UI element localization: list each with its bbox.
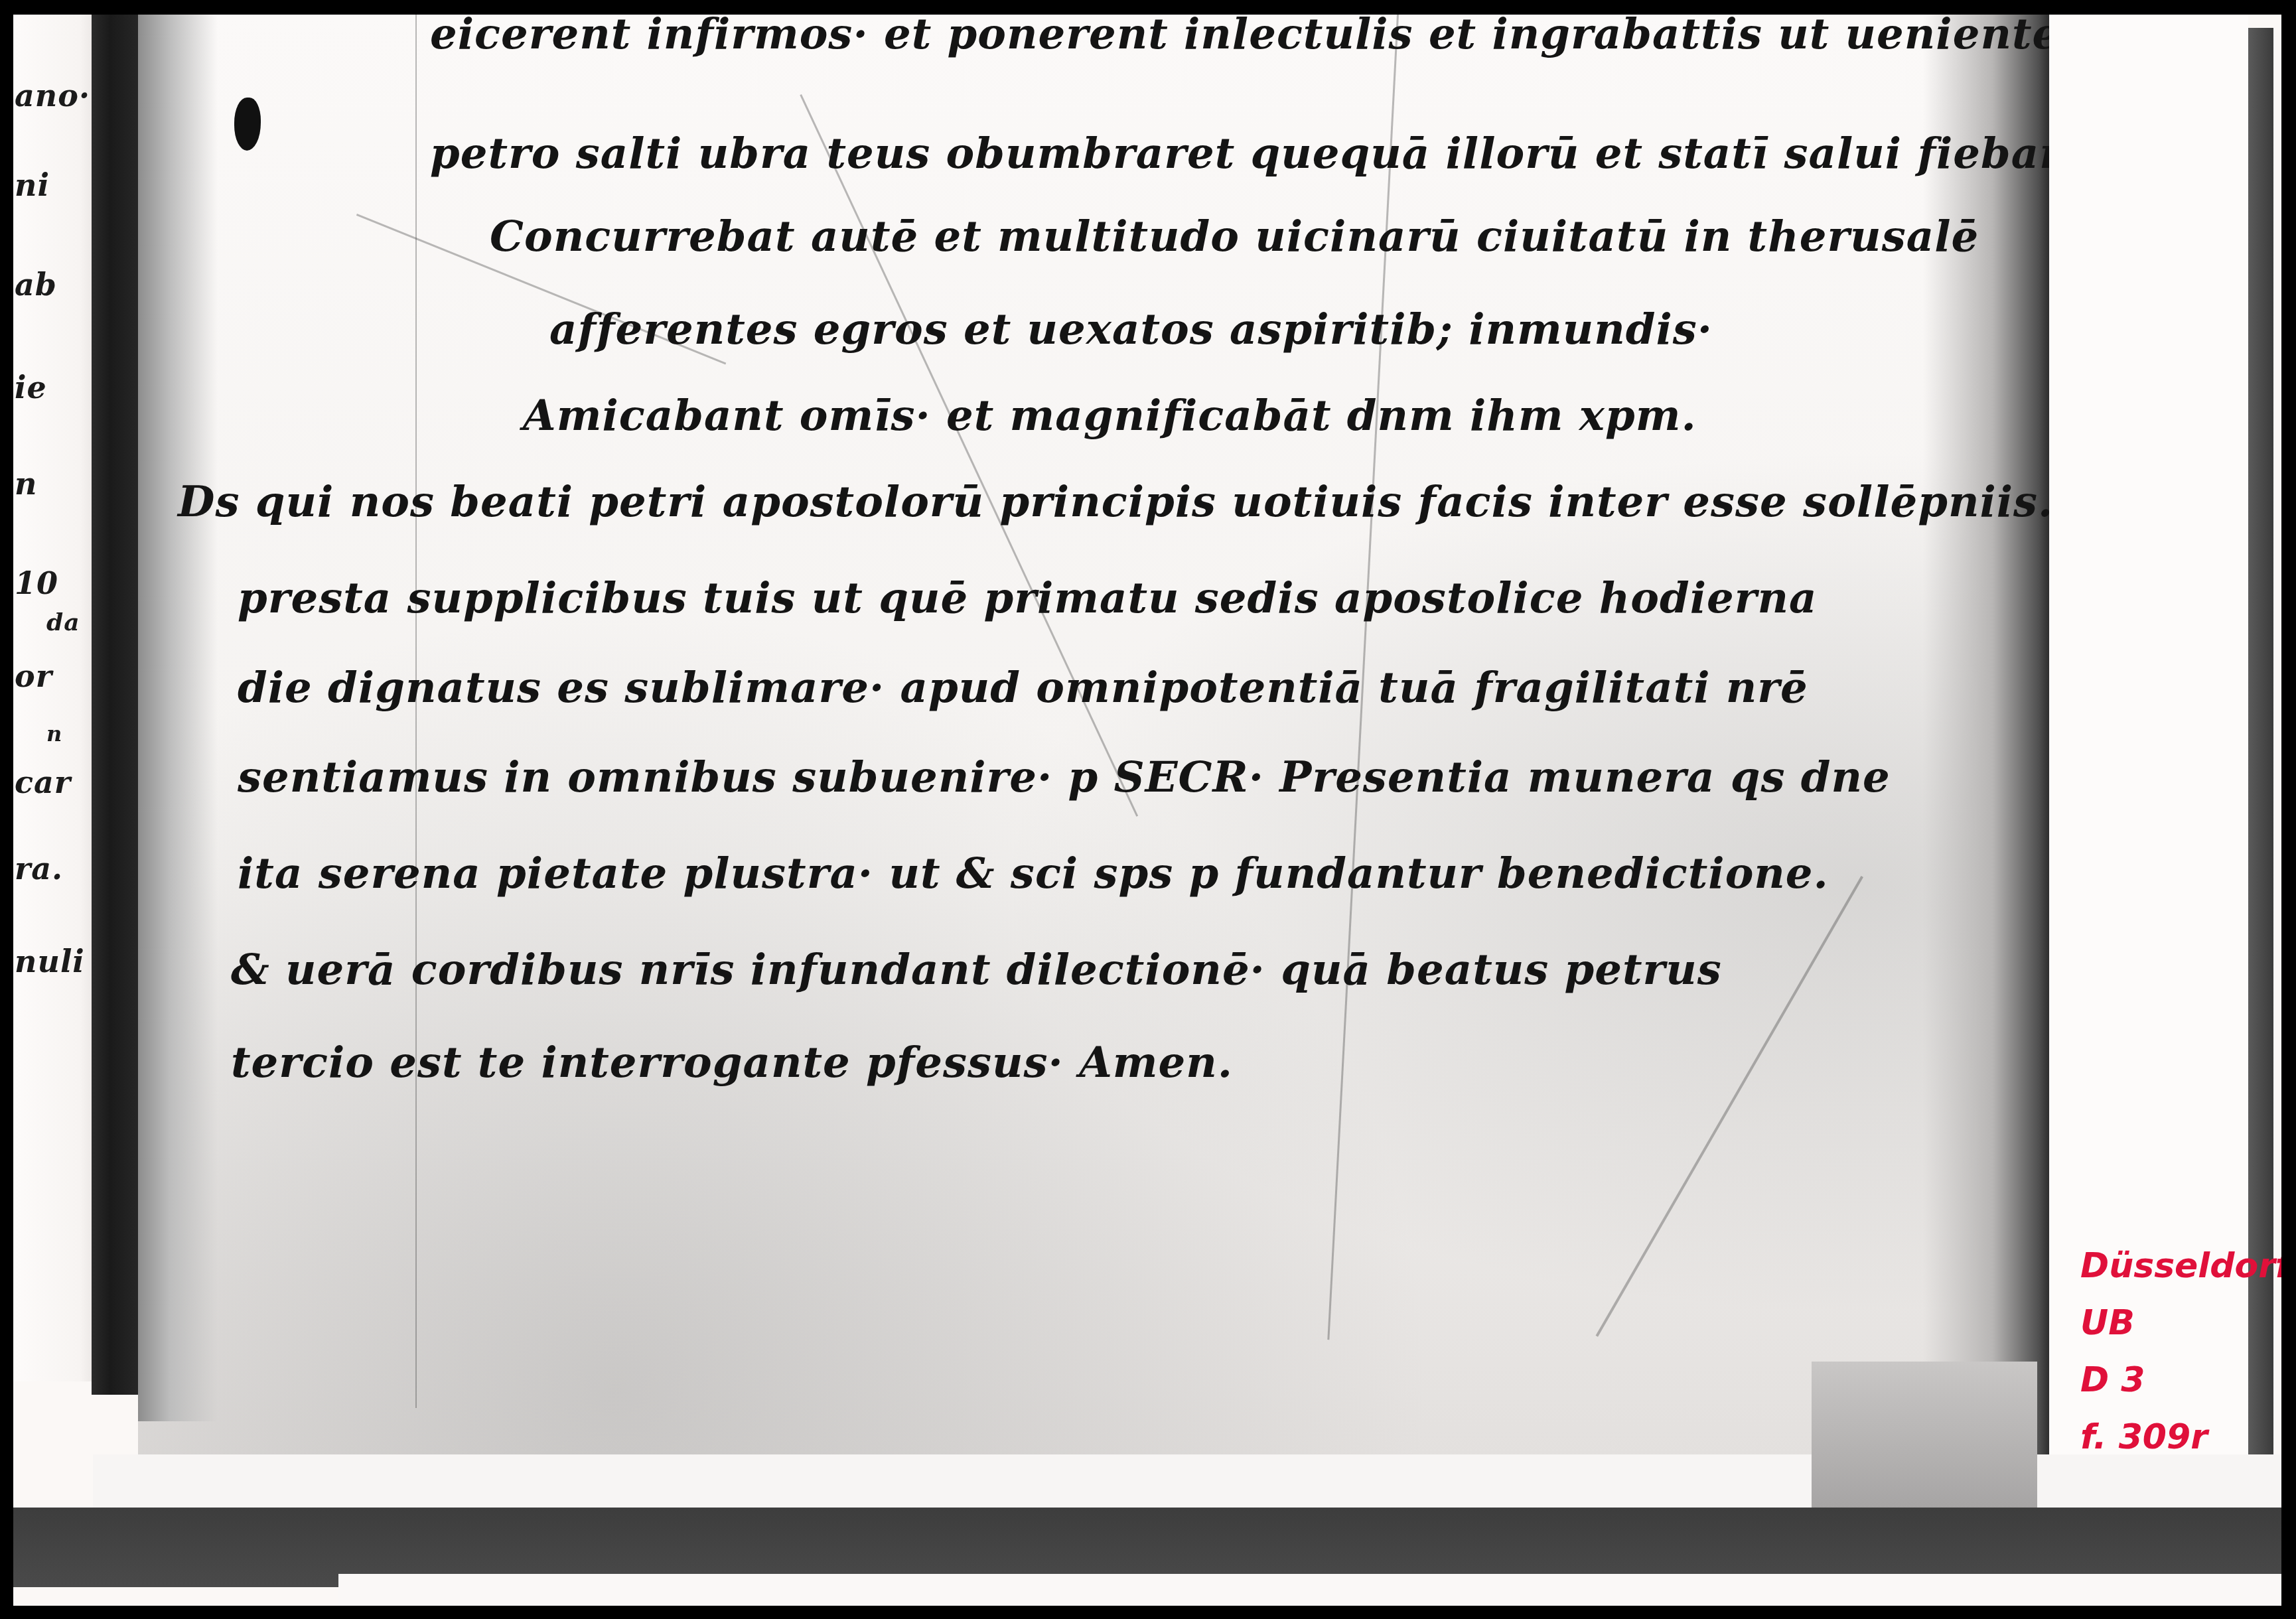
folio-fragment: car <box>15 764 71 800</box>
folio-fragment: da <box>46 608 80 636</box>
folio-fragment: ab <box>15 267 57 303</box>
text-line: eicerent infirmos· et ponerent inlectuli… <box>430 15 2060 59</box>
annotation-library: Düsseldorf <box>2080 1249 2279 1283</box>
text-line: Ds qui nos beati petri apostolorū princi… <box>178 477 2053 527</box>
photograph-frame: ano· ni ab ie n 10 da or n car ra. nuli … <box>13 15 2281 1606</box>
folio-fragment: nuli <box>15 944 85 979</box>
binding-gutter <box>92 15 138 1395</box>
annotation-shelfmark: D 3 <box>2080 1363 2279 1397</box>
text-line: & uerā cordibus nrīs infundant dilection… <box>231 945 1722 995</box>
text-line: presta supplicibus tuis ut quē primatu s… <box>238 573 1817 623</box>
annotation-folio: f. 309r <box>2080 1420 2279 1454</box>
bottom-white-strip <box>338 1574 2281 1606</box>
manuscript-page: eicerent infirmos· et ponerent inlectuli… <box>138 15 2049 1461</box>
gutter-shadow <box>138 15 218 1421</box>
adjacent-folio-strip: ano· ni ab ie n 10 da or n car ra. nuli <box>13 15 96 1381</box>
folio-fragment: ra. <box>15 851 63 886</box>
text-line: Concurrebat autē et multitudo uicinarū c… <box>490 212 1979 261</box>
text-line: die dignatus es sublimare· apud omnipote… <box>238 663 1808 713</box>
text-line: petro salti ubra teus obumbraret quequā … <box>430 129 2107 178</box>
red-folio-annotation: Düsseldorf UB D 3 f. 309r <box>2080 1249 2279 1477</box>
text-line: sentiamus in omnibus subuenire· p SECR· … <box>238 752 1891 802</box>
text-line: tercio est te interrogante pfessus· Amen… <box>231 1038 1233 1088</box>
folio-fragment: n <box>15 466 37 502</box>
text-line: Amicabant omīs· et magnificabāt dnm ihm … <box>523 391 1697 441</box>
folio-fragment: ni <box>15 167 50 203</box>
parchment-hole <box>234 98 261 151</box>
text-line: afferentes egros et uexatos aspiritib; i… <box>549 305 1713 354</box>
folio-fragment: n <box>46 721 62 746</box>
annotation-institution: UB <box>2080 1306 2279 1340</box>
text-line: ita serena pietate plustra· ut & sci sps… <box>238 849 1829 898</box>
folio-fragment: ano· <box>15 78 90 113</box>
folio-fragment: 10 <box>15 565 58 601</box>
folio-fragment: ie <box>15 370 47 405</box>
folio-fragment: or <box>15 658 52 694</box>
